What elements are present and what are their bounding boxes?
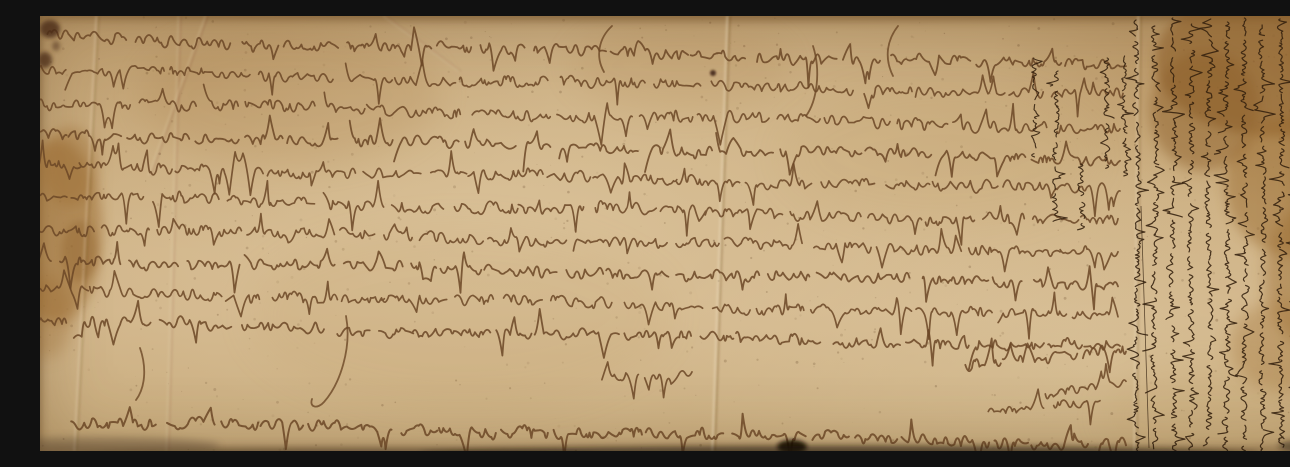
- staggered-phrases: [602, 338, 1126, 424]
- manuscript-photo: Aged tan paper leaf densely written in b…: [40, 16, 1290, 451]
- paper-sheet: [40, 16, 1290, 451]
- handwriting-layer: [40, 16, 1290, 451]
